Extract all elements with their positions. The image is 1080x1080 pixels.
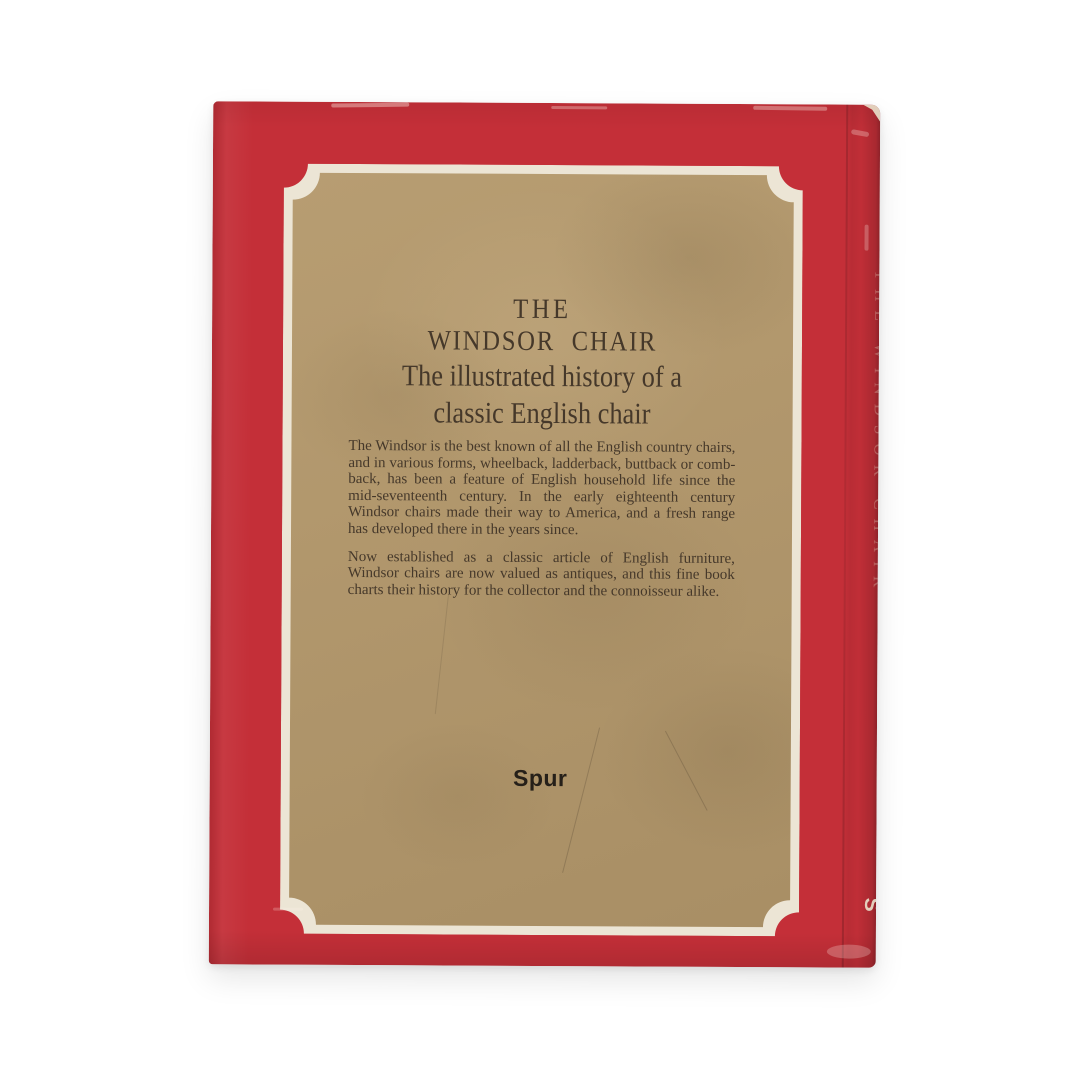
subtitle-line-1: The illustrated history of a [283, 357, 802, 397]
book-cover: THE WINDSOR CHAIR S THE WINDSOR CHAIR Th… [209, 101, 881, 967]
publisher-logo: Spur [281, 764, 800, 794]
title-line-1-text: THE [513, 295, 572, 325]
back-cover-panel: THE WINDSOR CHAIR The illustrated histor… [280, 164, 803, 937]
title-line-1: THE [283, 294, 802, 327]
scuff-mark [864, 225, 868, 251]
scuff-mark [273, 908, 303, 911]
title-line-2-text: WINDSOR CHAIR [428, 324, 658, 358]
subtitle-line-2: classic English chair [283, 394, 802, 434]
blurb-paragraph-1: The Windsor is the best known of all the… [348, 438, 736, 540]
title-block: THE WINDSOR CHAIR The illustrated histor… [283, 294, 803, 434]
photo-background: { "book_cover": { "title_line1": "THE", … [0, 0, 1080, 1080]
scuff-mark [827, 944, 871, 958]
subtitle-line-1-text: The illustrated history of a [402, 357, 682, 395]
blurb-block: The Windsor is the best known of all the… [348, 438, 736, 600]
blurb-paragraph-2: Now established as a classic article of … [348, 549, 735, 601]
spine-publisher-initial: S [859, 893, 880, 917]
decorative-frame: THE WINDSOR CHAIR The illustrated histor… [280, 164, 803, 937]
spine-title-text: THE WINDSOR CHAIR [865, 270, 880, 910]
subtitle-line-2-text: classic English chair [434, 394, 651, 432]
scuff-mark [551, 106, 607, 109]
scuff-mark [331, 103, 409, 108]
scuff-mark [753, 106, 827, 111]
title-line-2: WINDSOR CHAIR [283, 324, 802, 360]
